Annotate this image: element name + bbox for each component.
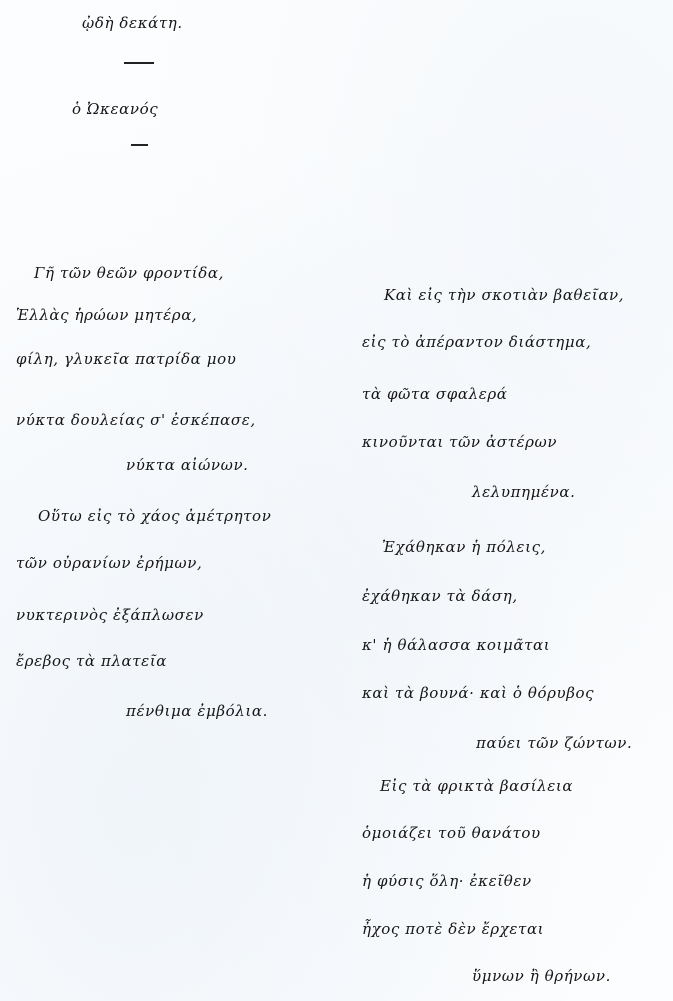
ode-number: ᾠδὴ δεκάτη. <box>82 14 183 32</box>
ode-title: ὁ Ὠκεανός <box>72 100 158 118</box>
verse-line: εἰς τὸ ἀπέραντον διάστημα, <box>362 333 591 351</box>
verse-line: ἐχάθηκαν τὰ δάση, <box>362 587 518 605</box>
verse-line: νύκτα δουλείας σ' ἐσκέπασε, <box>16 411 256 429</box>
verse-line: Γῆ τῶν θεῶν φροντίδα, <box>34 264 224 282</box>
heading-divider-2 <box>131 144 148 146</box>
verse-line: παύει τῶν ζώντων. <box>476 734 632 752</box>
manuscript-page: ᾠδὴ δεκάτη. ὁ Ὠκεανός Γῆ τῶν θεῶν φροντί… <box>0 0 673 1001</box>
heading-divider-1 <box>124 62 154 64</box>
verse-line: πένθιμα ἐμβόλια. <box>126 702 268 720</box>
verse-line: φίλη, γλυκεῖα πατρίδα μου <box>16 350 236 368</box>
verse-line: ὕμνων ἢ θρήνων. <box>472 967 611 985</box>
verse-line: ἡ φύσις ὅλη· ἐκεῖθεν <box>362 872 532 890</box>
verse-line: ἔρεβος τὰ πλατεῖα <box>16 652 167 670</box>
verse-line: λελυπημένα. <box>472 483 575 501</box>
verse-line: κινοῦνται τῶν ἀστέρων <box>362 433 557 451</box>
verse-line: Καὶ εἰς τὴν σκοτιὰν βαθεῖαν, <box>384 286 624 304</box>
verse-line: νυκτερινὸς ἐξάπλωσεν <box>16 606 204 624</box>
verse-line: Ἑλλὰς ἡρώων μητέρα, <box>16 306 197 324</box>
verse-line: τῶν οὐρανίων ἐρήμων, <box>16 554 202 572</box>
verse-line: ὁμοιάζει τοῦ θανάτου <box>362 824 541 842</box>
verse-line: Οὕτω εἰς τὸ χάος ἀμέτρητον <box>38 507 271 525</box>
verse-line: νύκτα αἰώνων. <box>126 456 249 474</box>
verse-line: Εἰς τὰ φρικτὰ βασίλεια <box>380 777 573 795</box>
verse-line: τὰ φῶτα σφαλερά <box>362 385 508 403</box>
verse-line: ἦχος ποτὲ δὲν ἔρχεται <box>362 920 544 938</box>
verse-line: Ἐχάθηκαν ἡ πόλεις, <box>382 538 546 556</box>
verse-line: καὶ τὰ βουνά· καὶ ὁ θόρυβος <box>362 684 594 702</box>
verse-line: κ' ἡ θάλασσα κοιμᾶται <box>362 636 550 654</box>
